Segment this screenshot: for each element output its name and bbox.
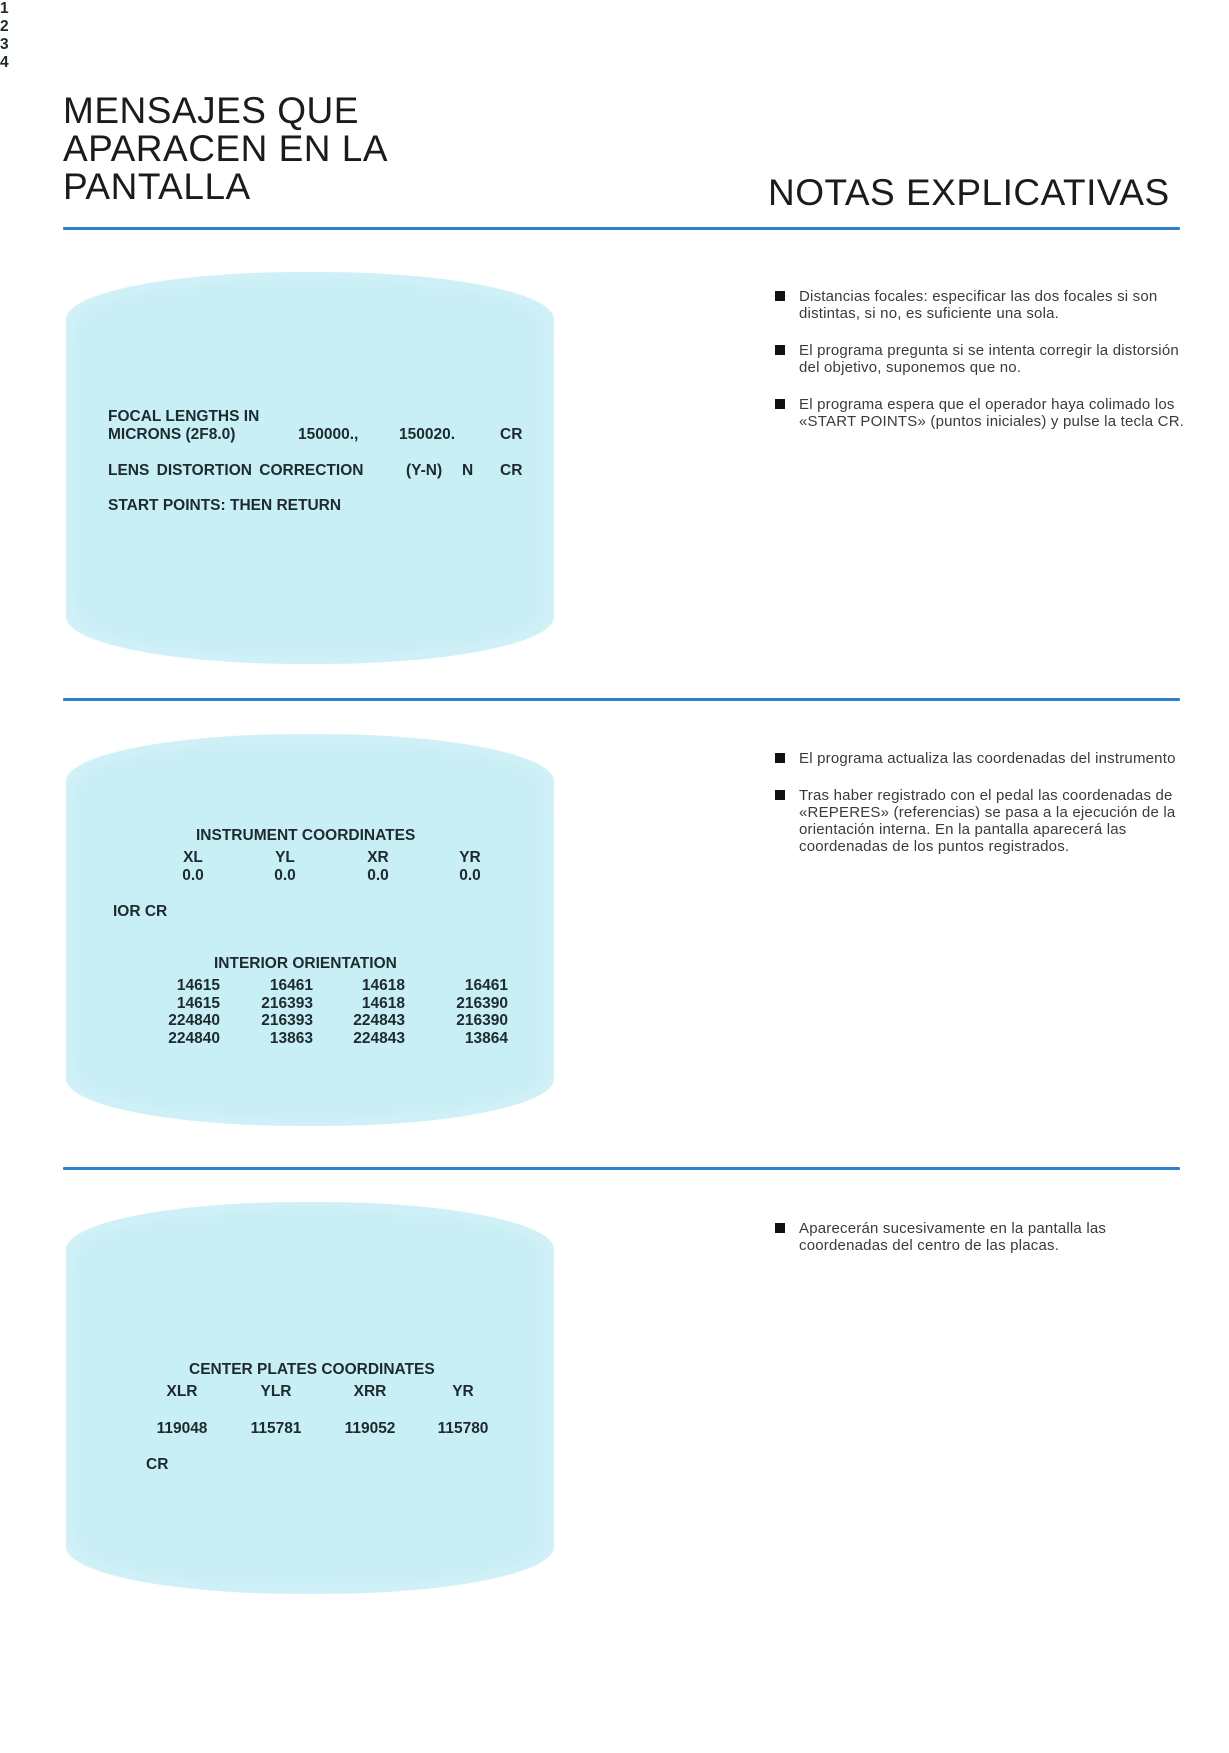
note-text: El programa actualiza las coordenadas de… [799, 750, 1176, 767]
interior-title: INTERIOR ORIENTATION [214, 955, 397, 973]
bullet-square-icon [775, 790, 785, 800]
interior-cell: 224843 [315, 1012, 405, 1030]
note-text: El programa espera que el operador haya … [799, 396, 1184, 430]
note-text: El programa pregunta si se intenta corre… [799, 342, 1179, 376]
interior-cell: 16461 [418, 977, 508, 995]
notes-section-3: Aparecerán sucesivamente en la pantalla … [775, 1220, 1185, 1274]
center-header: YLR [236, 1383, 316, 1401]
ior-prompt: IOR CR [113, 903, 167, 921]
interior-cell: 16461 [223, 977, 313, 995]
bullet-square-icon [775, 399, 785, 409]
divider-top [63, 227, 1180, 230]
focal-value-1: 150000., [298, 426, 358, 444]
instrument-header: XR [338, 849, 418, 867]
center-value: 115780 [423, 1420, 503, 1438]
center-value: 115781 [236, 1420, 316, 1438]
note-item: El programa actualiza las coordenadas de… [775, 750, 1185, 767]
interior-row-index: 2 [0, 18, 1229, 36]
instrument-header: YR [430, 849, 510, 867]
note-text: Tras haber registrado con el pedal las c… [799, 787, 1175, 855]
note-item: Tras haber registrado con el pedal las c… [775, 787, 1185, 855]
interior-cell: 13863 [223, 1030, 313, 1048]
center-header: XLR [142, 1383, 222, 1401]
lens-options: (Y-N) [406, 462, 442, 480]
instrument-value: 0.0 [338, 867, 418, 885]
instrument-header: YL [245, 849, 325, 867]
focal-label-line2: MICRONS (2F8.0) [108, 426, 235, 444]
instrument-header: XL [153, 849, 233, 867]
divider-2 [63, 1167, 1180, 1170]
note-text: Aparecerán sucesivamente en la pantalla … [799, 1220, 1106, 1254]
focal-value-2: 150020. [399, 426, 455, 444]
start-points-prompt: START POINTS: THEN RETURN [108, 497, 341, 515]
page-title-right: NOTAS EXPLICATIVAS [768, 173, 1170, 213]
center-value: 119048 [142, 1420, 222, 1438]
center-cr: CR [146, 1456, 168, 1474]
interior-cell: 216390 [418, 1012, 508, 1030]
instrument-title: INSTRUMENT COORDINATES [196, 827, 415, 845]
lens-cr: CR [500, 462, 522, 480]
interior-cell: 216393 [223, 1012, 313, 1030]
interior-row-index: 1 [0, 0, 1229, 18]
page-title-left: MENSAJES QUE APARACEN EN LA PANTALLA [63, 92, 388, 206]
instrument-value: 0.0 [153, 867, 233, 885]
interior-cell: 216390 [418, 995, 508, 1013]
divider-1 [63, 698, 1180, 701]
interior-cell: 224840 [130, 1012, 220, 1030]
note-item: Aparecerán sucesivamente en la pantalla … [775, 1220, 1185, 1254]
note-text: Distancias focales: especificar las dos … [799, 288, 1157, 322]
center-header: XRR [330, 1383, 410, 1401]
notes-section-2: El programa actualiza las coordenadas de… [775, 750, 1185, 875]
bullet-square-icon [775, 345, 785, 355]
bullet-square-icon [775, 1223, 785, 1233]
note-item: El programa espera que el operador haya … [775, 396, 1185, 430]
notes-section-1: Distancias focales: especificar las dos … [775, 288, 1185, 450]
focal-cr: CR [500, 426, 522, 444]
screen-2 [66, 734, 554, 1126]
note-item: El programa pregunta si se intenta corre… [775, 342, 1185, 376]
lens-value: N [462, 462, 473, 480]
interior-row-index: 3 [0, 36, 1229, 54]
lens-label: LENS DISTORTION CORRECTION [108, 462, 363, 480]
bullet-square-icon [775, 291, 785, 301]
center-title: CENTER PLATES COORDINATES [189, 1361, 435, 1379]
focal-label-line1: FOCAL LENGTHS IN [108, 408, 259, 426]
interior-orientation-table: 1146151646114618164612146152163931461821… [0, 0, 1229, 72]
interior-cell: 14618 [315, 995, 405, 1013]
center-header: YR [423, 1383, 503, 1401]
interior-row-index: 4 [0, 54, 1229, 72]
interior-cell: 13864 [418, 1030, 508, 1048]
note-item: Distancias focales: especificar las dos … [775, 288, 1185, 322]
interior-cell: 14615 [130, 995, 220, 1013]
interior-cell: 224840 [130, 1030, 220, 1048]
instrument-value: 0.0 [430, 867, 510, 885]
interior-cell: 224843 [315, 1030, 405, 1048]
interior-cell: 14615 [130, 977, 220, 995]
interior-cell: 216393 [223, 995, 313, 1013]
bullet-square-icon [775, 753, 785, 763]
interior-cell: 14618 [315, 977, 405, 995]
instrument-value: 0.0 [245, 867, 325, 885]
center-value: 119052 [330, 1420, 410, 1438]
